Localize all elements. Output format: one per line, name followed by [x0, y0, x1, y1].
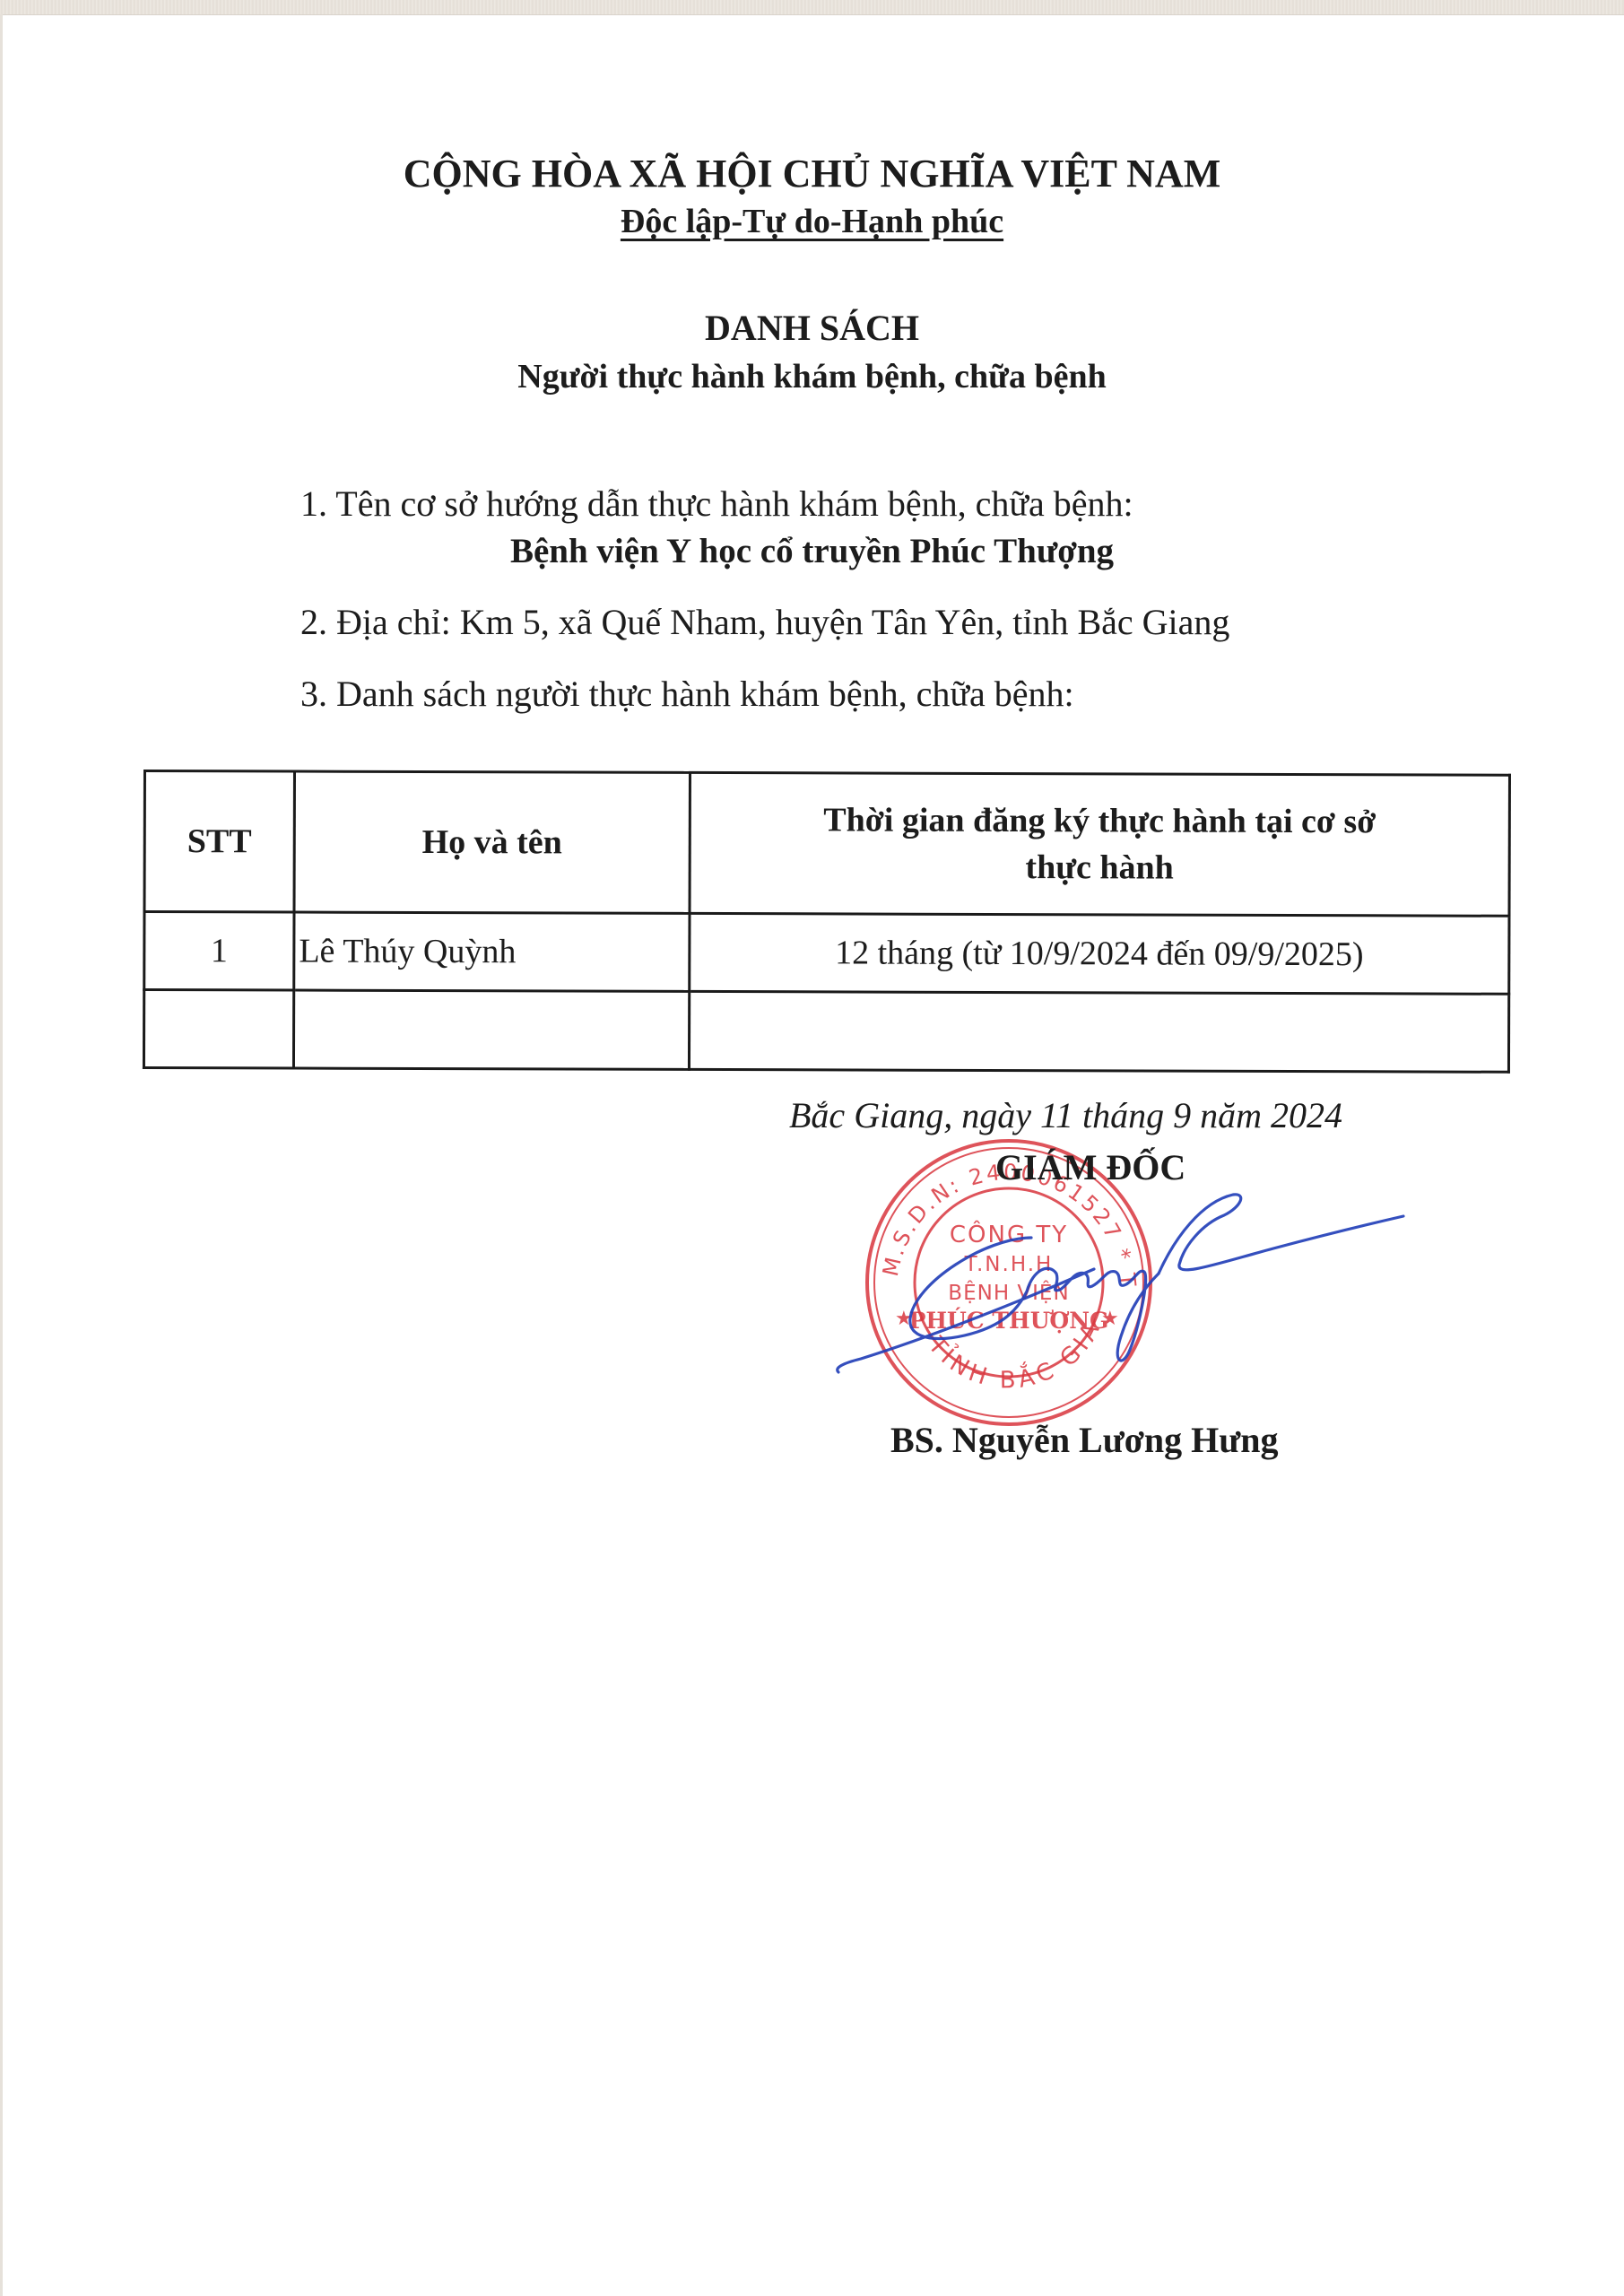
section-2-address: 2. Địa chỉ: Km 5, xã Quế Nham, huyện Tân…	[300, 601, 1229, 643]
cell-time	[689, 991, 1508, 1072]
header-time-line1: Thời gian đăng ký thực hành tại cơ sở	[691, 796, 1508, 846]
cell-name: Lê Thúy Quỳnh	[294, 912, 690, 991]
table-row: 1 Lê Thúy Quỳnh 12 tháng (từ 10/9/2024 đ…	[144, 912, 1509, 995]
document-title: DANH SÁCH	[0, 307, 1624, 349]
place-and-date: Bắc Giang, ngày 11 tháng 9 năm 2024	[789, 1094, 1342, 1136]
table-row	[143, 990, 1508, 1073]
section-1-label: 1. Tên cơ sở hướng dẫn thực hành khám bệ…	[300, 483, 1133, 525]
cell-stt	[143, 990, 293, 1069]
motto-text: Độc lập-Tự do-Hạnh phúc	[621, 203, 1003, 240]
scan-edge-top	[0, 0, 1624, 15]
cell-name	[293, 990, 689, 1069]
header-time-line2: thực hành	[691, 843, 1508, 892]
section-3-label: 3. Danh sách người thực hành khám bệnh, …	[300, 673, 1074, 715]
header-time: Thời gian đăng ký thực hành tại cơ sở th…	[690, 772, 1509, 916]
practitioner-table: STT Họ và tên Thời gian đăng ký thực hàn…	[143, 770, 1511, 1074]
cell-stt: 1	[144, 912, 294, 991]
cell-time: 12 tháng (từ 10/9/2024 đến 09/9/2025)	[690, 913, 1509, 994]
header-stt: STT	[144, 771, 294, 913]
signature-icon	[825, 1184, 1417, 1390]
table-header-row: STT Họ và tên Thời gian đăng ký thực hàn…	[144, 771, 1509, 917]
national-title: CỘNG HÒA XÃ HỘI CHỦ NGHĨA VIỆT NAM	[0, 151, 1624, 196]
header-name: Họ và tên	[294, 771, 690, 913]
signer-role: GIÁM ĐỐC	[995, 1146, 1185, 1188]
national-motto: Độc lập-Tự do-Hạnh phúc	[0, 202, 1624, 241]
signer-name: BS. Nguyễn Lương Hưng	[890, 1419, 1279, 1461]
facility-name: Bệnh viện Y học cổ truyền Phúc Thượng	[0, 531, 1624, 571]
document-subtitle: Người thực hành khám bệnh, chữa bệnh	[0, 357, 1624, 396]
